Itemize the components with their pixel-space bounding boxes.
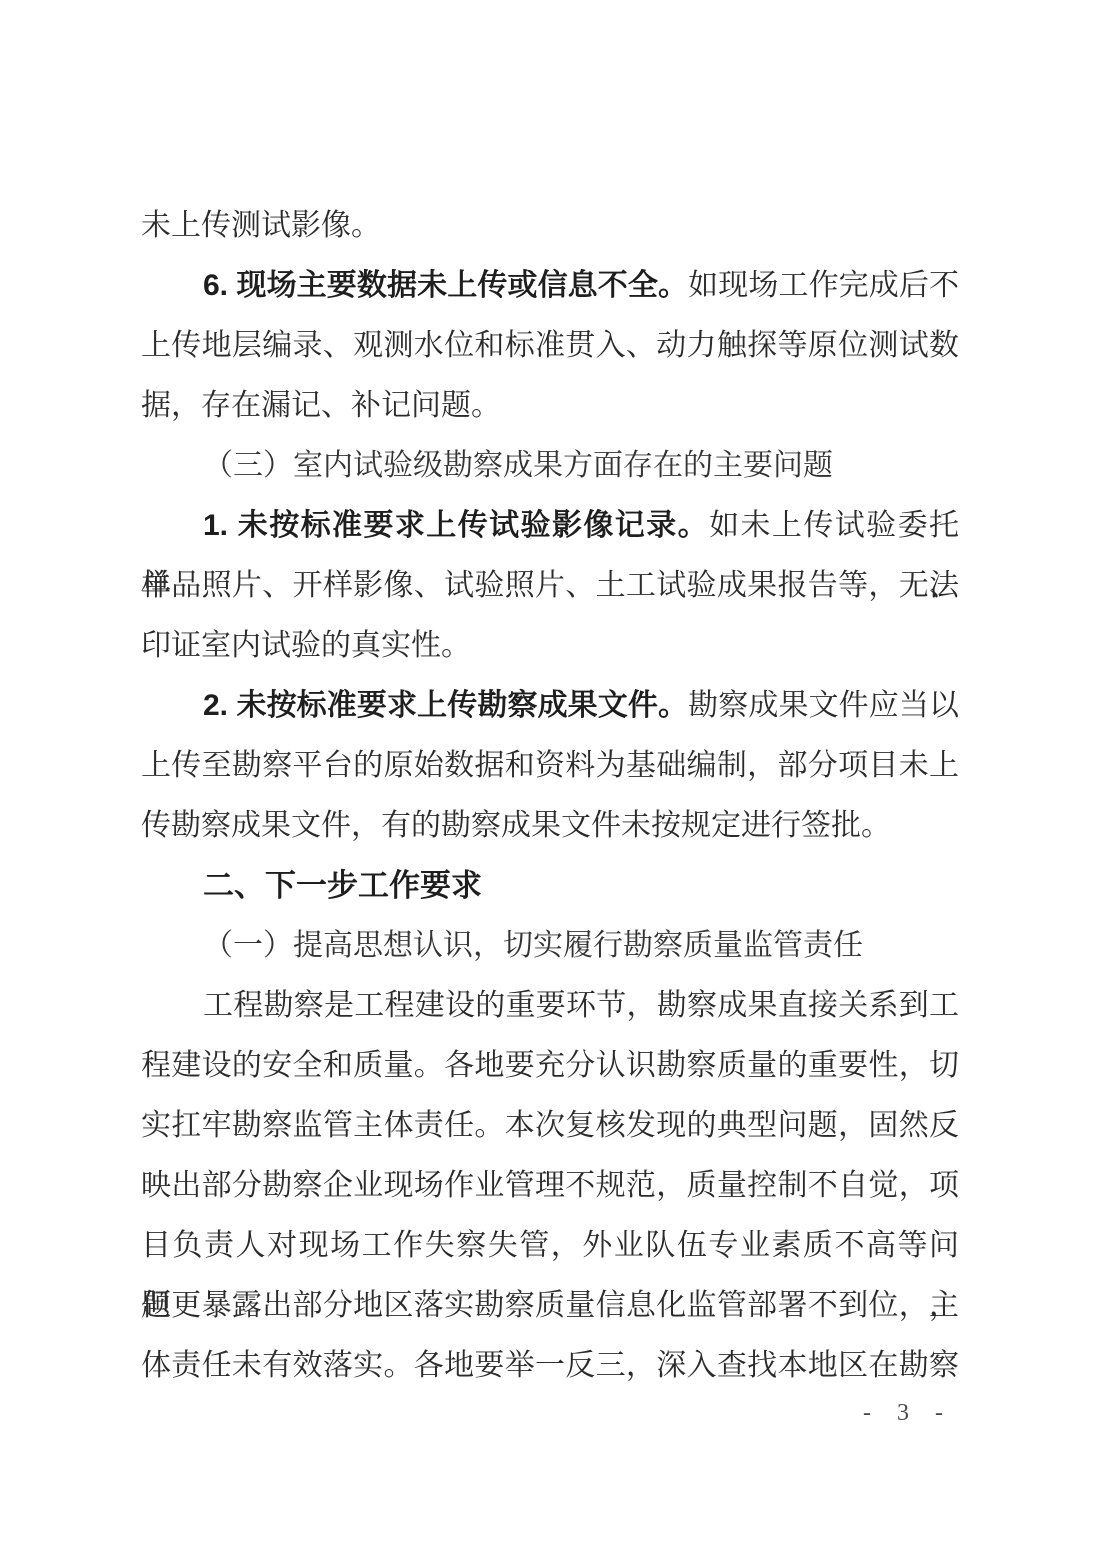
text-line: 工程勘察是工程建设的重要环节，勘察成果直接关系到工 [141,976,959,1036]
document-body: 未上传测试影像。6. 现场主要数据未上传或信息不全。如现场工作完成后不上传地层编… [141,196,959,1396]
text-segment: 但更暴露出部分地区落实勘察质量信息化监管部署不到位，主 [141,1289,959,1322]
text-line: 程建设的安全和质量。各地要充分认识勘察质量的重要性，切 [141,1036,959,1096]
text-segment: （一）提高思想认识，切实履行勘察质量监管责任 [203,929,863,962]
document-page: 未上传测试影像。6. 现场主要数据未上传或信息不全。如现场工作完成后不上传地层编… [0,0,1099,1567]
text-line: 传勘察成果文件，有的勘察成果文件未按规定进行签批。 [141,796,959,856]
bold-lead-segment: 6. 现场主要数据未上传或信息不全。 [203,269,688,302]
text-line: 1. 未按标准要求上传试验影像记录。如未上传试验委托单、 [141,496,959,556]
text-segment: 体责任未有效落实。各地要举一反三，深入查找本地区在勘察 [141,1349,959,1382]
text-segment: （三）室内试验级勘察成果方面存在的主要问题 [203,449,833,482]
bold-lead-segment: 2. 未按标准要求上传勘察成果文件。 [203,689,688,722]
bold-lead-segment: 二、下一步工作要求 [203,868,482,903]
text-line: 样品照片、开样影像、试验照片、土工试验成果报告等，无法 [141,556,959,616]
text-line: 据，存在漏记、补记问题。 [141,376,959,436]
bold-lead-segment: 1. 未按标准要求上传试验影像记录。 [203,509,709,542]
text-line: 6. 现场主要数据未上传或信息不全。如现场工作完成后不 [141,256,959,316]
text-segment: 实扛牢勘察监管主体责任。本次复核发现的典型问题，固然反 [141,1109,959,1142]
text-segment: 未上传测试影像。 [141,209,381,242]
text-segment: 传勘察成果文件，有的勘察成果文件未按规定进行签批。 [141,809,891,842]
text-line: 映出部分勘察企业现场作业管理不规范，质量控制不自觉，项 [141,1156,959,1216]
text-segment: 上传地层编录、观测水位和标准贯入、动力触探等原位测试数 [141,329,959,362]
text-line: （一）提高思想认识，切实履行勘察质量监管责任 [141,916,959,976]
text-line: 未上传测试影像。 [141,196,959,256]
text-line: 体责任未有效落实。各地要举一反三，深入查找本地区在勘察 [141,1336,959,1396]
text-line: 目负责人对现场工作失察失管，外业队伍专业素质不高等问题， [141,1216,959,1276]
text-segment: 上传至勘察平台的原始数据和资料为基础编制，部分项目未上 [141,749,959,782]
text-line: 但更暴露出部分地区落实勘察质量信息化监管部署不到位，主 [141,1276,959,1336]
text-line: 印证室内试验的真实性。 [141,616,959,676]
text-segment: 如现场工作完成后不 [688,269,959,302]
text-segment: 映出部分勘察企业现场作业管理不规范，质量控制不自觉，项 [141,1169,959,1202]
page-number: - 3 - [863,1398,953,1428]
text-line: 上传地层编录、观测水位和标准贯入、动力触探等原位测试数 [141,316,959,376]
text-segment: 据，存在漏记、补记问题。 [141,389,501,422]
text-segment: 样品照片、开样影像、试验照片、土工试验成果报告等，无法 [141,569,959,602]
text-segment: 工程勘察是工程建设的重要环节，勘察成果直接关系到工 [203,989,959,1022]
text-line: 上传至勘察平台的原始数据和资料为基础编制，部分项目未上 [141,736,959,796]
text-line: （三）室内试验级勘察成果方面存在的主要问题 [141,436,959,496]
text-segment: 印证室内试验的真实性。 [141,629,471,662]
text-segment: 程建设的安全和质量。各地要充分认识勘察质量的重要性，切 [141,1049,959,1082]
text-segment: 勘察成果文件应当以 [688,689,959,722]
text-line: 2. 未按标准要求上传勘察成果文件。勘察成果文件应当以 [141,676,959,736]
text-line: 二、下一步工作要求 [141,856,959,916]
text-line: 实扛牢勘察监管主体责任。本次复核发现的典型问题，固然反 [141,1096,959,1156]
